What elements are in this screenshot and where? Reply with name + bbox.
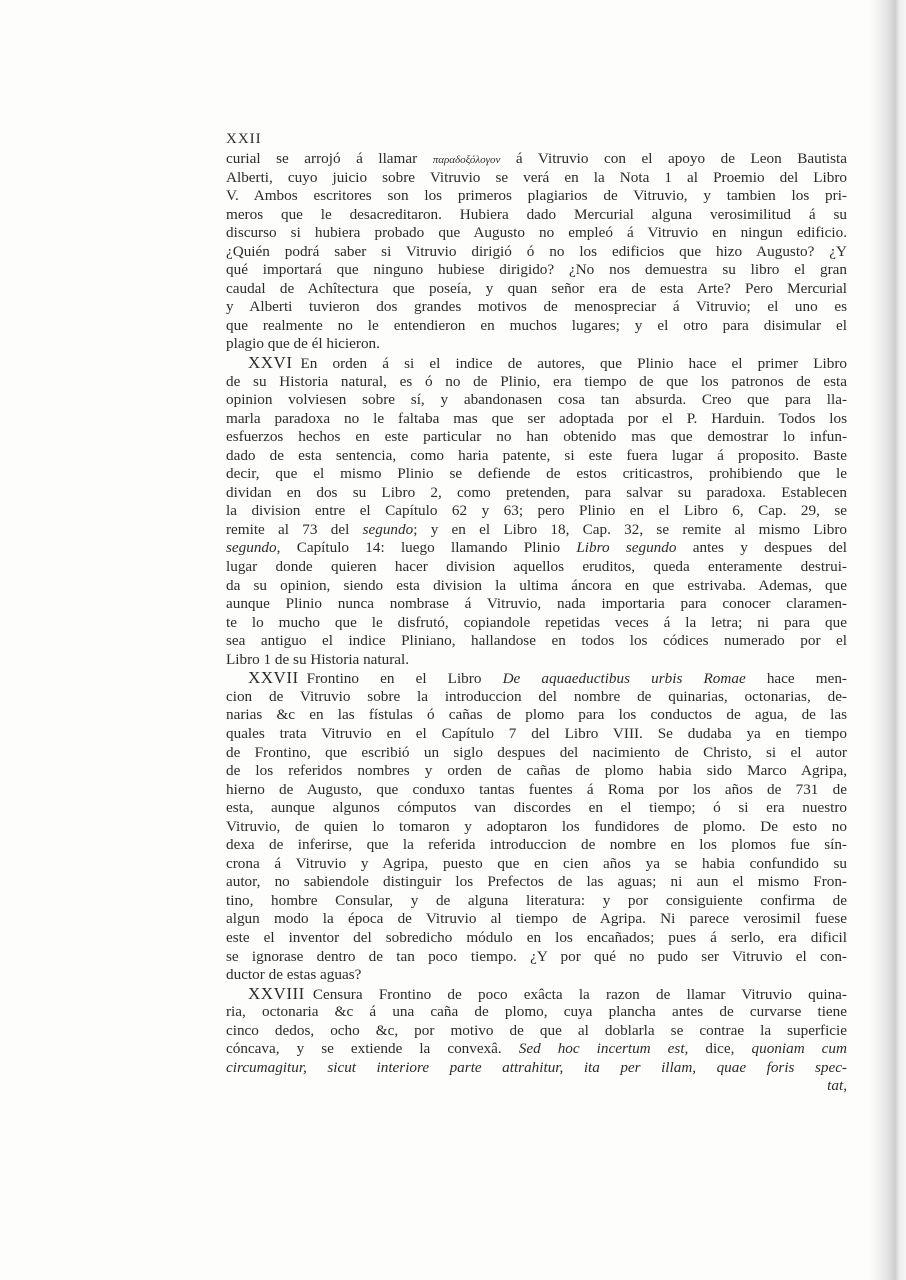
text-line: cinco dedos, ocho &c, por motivo de que …: [226, 1022, 847, 1041]
text-line: y Alberti tuvieron dos grandes motivos d…: [226, 298, 847, 317]
section-xxvi: XXVIEn orden á si el indice de autores, …: [226, 354, 847, 669]
text-line: Libro 1 de su Historia natural.: [226, 651, 847, 670]
catchword: tat,: [226, 1077, 847, 1096]
text-line: XXVIIICensura Frontino de poco exâcta la…: [226, 985, 847, 1004]
section-number: XXVII: [248, 668, 299, 687]
text-line: dado de esta sentencia, como haria paten…: [226, 447, 847, 466]
text-line: XXVIIFrontino en el Libro De aquaeductib…: [226, 669, 847, 688]
text-line: de Frontino, que escribió un siglo despu…: [226, 744, 847, 763]
text-line: discurso si hubiera probado que Augusto …: [226, 224, 847, 243]
text-line: narias &c en las fístulas ó cañas de plo…: [226, 706, 847, 725]
text-line: autor, no sabiendole distinguir los Pref…: [226, 873, 847, 892]
text-line: quales trata Vitruvio en el Capítulo 7 d…: [226, 725, 847, 744]
text-line: dividan en dos su Libro 2, como pretende…: [226, 484, 847, 503]
text-line: de los referidos nombres y orden de caña…: [226, 762, 847, 781]
text-line: plagio que de él hicieron.: [226, 335, 847, 354]
text-line: de su Historia natural, es ó no de Plini…: [226, 373, 847, 392]
text-line: crona á Vitruvio y Agripa, puesto que en…: [226, 855, 847, 874]
italic-text: Sed hoc incertum est: [519, 1040, 685, 1057]
text-line: cion de Vitruvio sobre la introduccion d…: [226, 688, 847, 707]
text-line: cóncava, y se extiende la convexâ. Sed h…: [226, 1040, 847, 1059]
text-line: esta, aunque algunos cómputos van discor…: [226, 799, 847, 818]
page-edge-shadow: [870, 0, 906, 1280]
text-line: la division entre el Capítulo 62 y 63; p…: [226, 502, 847, 521]
section-xxvii: XXVIIFrontino en el Libro De aquaeductib…: [226, 669, 847, 984]
text-line: da su opinion, siendo esta division la u…: [226, 577, 847, 596]
text-line: tino, hombre Consular, y de alguna liter…: [226, 892, 847, 911]
text-line: dexa de inferirse, que la referida intro…: [226, 836, 847, 855]
text-line: opinion volviesen sobre sí, y abandonase…: [226, 391, 847, 410]
italic-text: circumagitur, sicut interiore parte attr…: [226, 1059, 847, 1076]
text-line: este el inventor del sobredicho módulo e…: [226, 929, 847, 948]
text-line: hierno de Augusto, que conduxo tantas fu…: [226, 781, 847, 800]
text-line: te lo mucho que le disfrutó, copiandole …: [226, 614, 847, 633]
text-line: que realmente no le entendieron en mucho…: [226, 317, 847, 336]
text-line: curial se arrojó á llamar παραδοξόλογον …: [226, 150, 847, 169]
text-line: XXVIEn orden á si el indice de autores, …: [226, 354, 847, 373]
text-line: se ignorase dentro de tan poco tiempo. ¿…: [226, 948, 847, 967]
text-line: decir, que el mismo Plinio se defiende d…: [226, 465, 847, 484]
text-line: caudal de Achîtectura que poseía, y quan…: [226, 280, 847, 299]
text-line: sea antiguo el indice Pliniano, hallando…: [226, 632, 847, 651]
book-page: XXII curial se arrojó á llamar παραδοξόλ…: [0, 0, 906, 1280]
italic-text: Libro segundo: [576, 539, 676, 556]
text-line: marla paradoxa no le faltaba mas que ser…: [226, 410, 847, 429]
italic-text: quoniam cum: [752, 1040, 848, 1057]
text-line: Alberti, cuyo juicio sobre Vitruvio se v…: [226, 169, 847, 188]
paragraph-continued: curial se arrojó á llamar παραδοξόλογον …: [226, 150, 847, 354]
text-line: lugar donde quieren hacer division aquel…: [226, 558, 847, 577]
greek-word: παραδοξόλογον: [433, 154, 501, 166]
italic-text: De aquaeductibus urbis Romae: [503, 670, 746, 687]
section-number: XXVIII: [248, 984, 305, 1003]
body-text: curial se arrojó á llamar παραδοξόλογον …: [226, 150, 847, 1077]
text-line: ria, octonaria &c á una caña de plomo, c…: [226, 1003, 847, 1022]
section-xxviii: XXVIIICensura Frontino de poco exâcta la…: [226, 985, 847, 1078]
text-block: XXII curial se arrojó á llamar παραδοξόλ…: [226, 130, 847, 1096]
text-line: ductor de estas aguas?: [226, 966, 847, 985]
text-line: circumagitur, sicut interiore parte attr…: [226, 1059, 847, 1078]
page-number: XXII: [226, 130, 847, 150]
text-line: meros que le desacreditaron. Hubiera dad…: [226, 206, 847, 225]
text-line: aunque Plinio nunca nombrase á Vitruvio,…: [226, 595, 847, 614]
italic-text: segundo: [363, 521, 414, 538]
text-line: esfuerzos hechos en este particular no h…: [226, 428, 847, 447]
italic-text: segundo: [226, 539, 277, 556]
text-line: V. Ambos escritores son los primeros pla…: [226, 187, 847, 206]
text-line: ¿Quién podrá saber si Vitruvio dirigió ó…: [226, 243, 847, 262]
text-line: qué importará que ninguno hubiese dirigi…: [226, 261, 847, 280]
text-line: segundo, Capítulo 14: luego llamando Pli…: [226, 539, 847, 558]
text-line: remite al 73 del segundo; y en el Libro …: [226, 521, 847, 540]
section-number: XXVI: [248, 353, 293, 372]
text-line: Vitruvio, de quien lo tomaron y adoptaro…: [226, 818, 847, 837]
text-line: algun modo la época de Vitruvio al tiemp…: [226, 910, 847, 929]
